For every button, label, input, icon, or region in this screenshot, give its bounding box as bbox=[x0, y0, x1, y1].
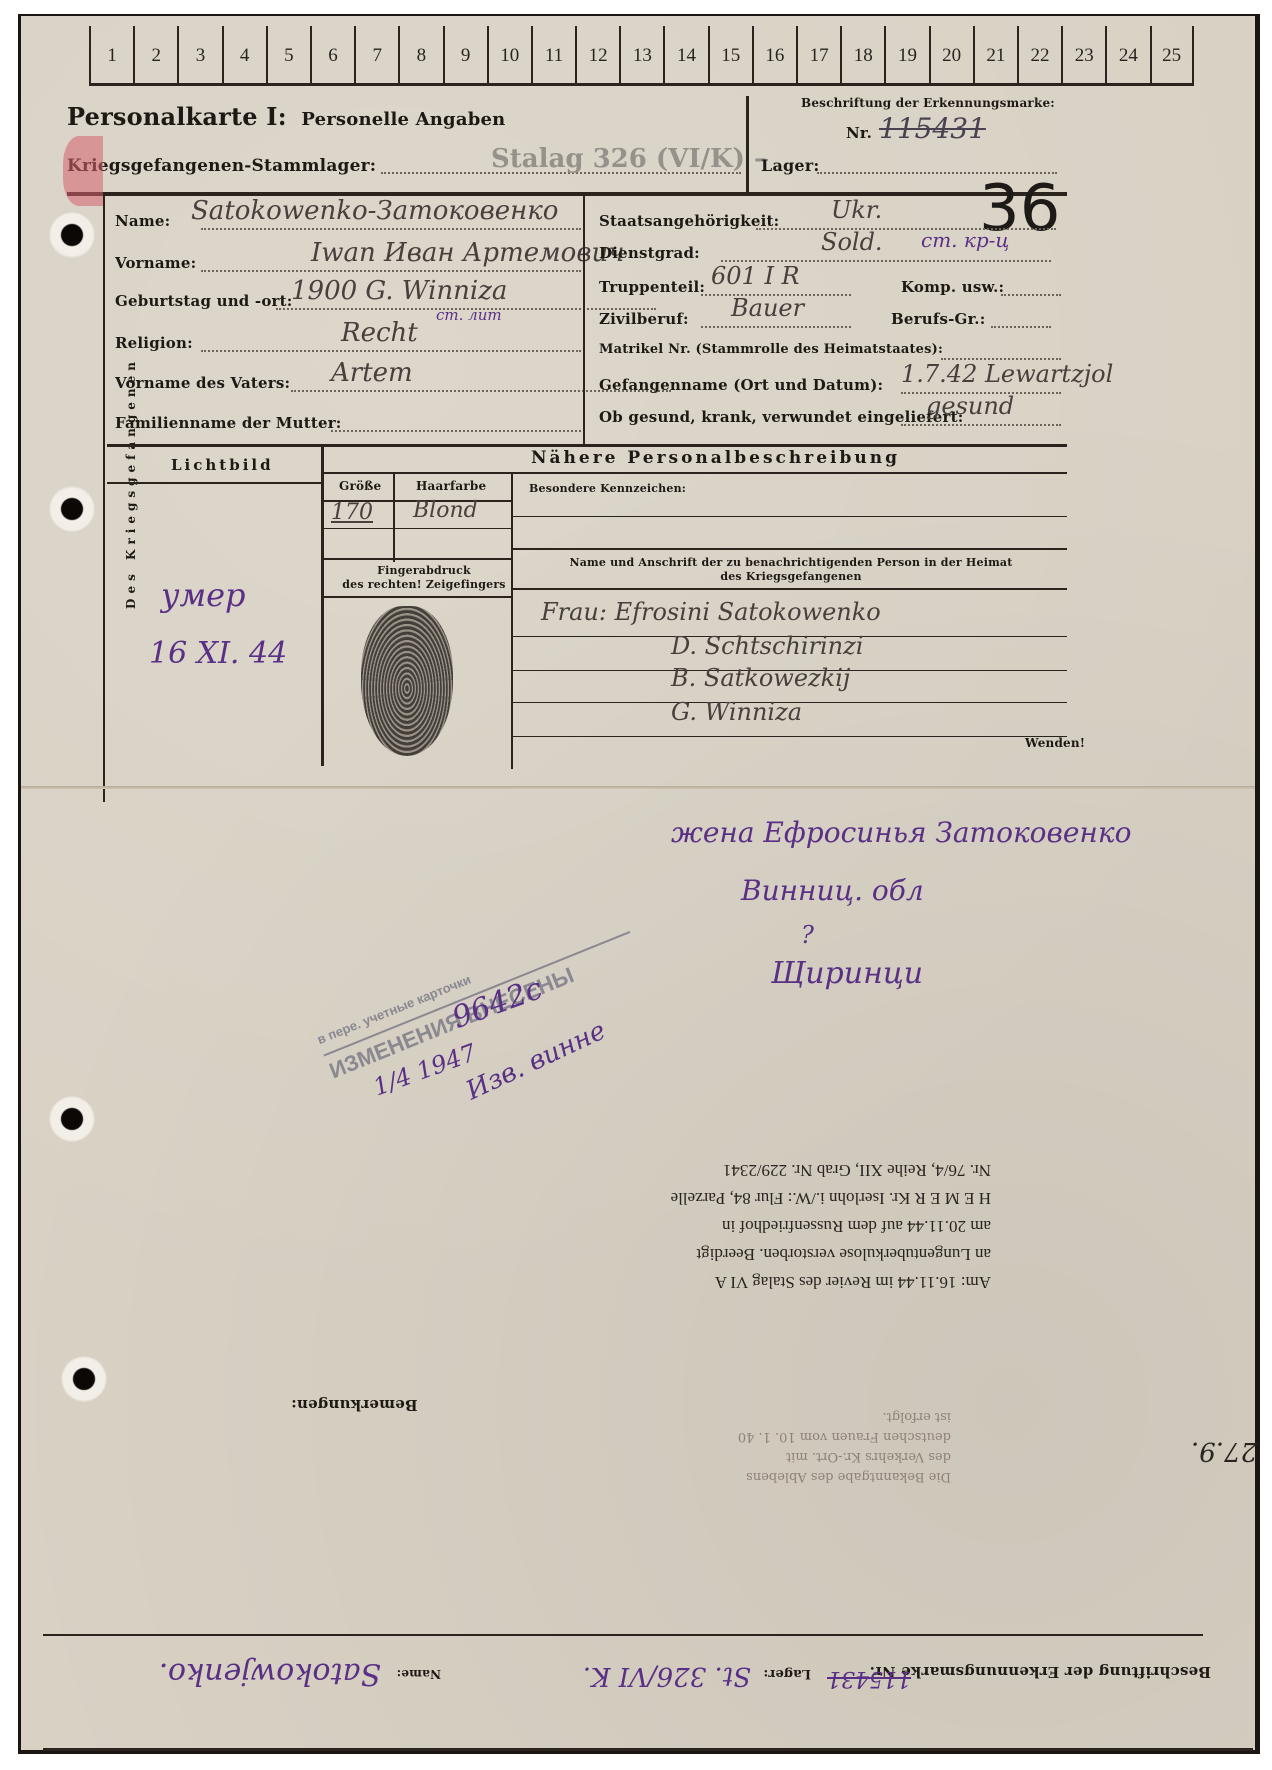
field-annotation: ст. кр-ц bbox=[921, 228, 1009, 252]
registration-stamp: в пере. учетные карточки ИЗМЕНЕНИЯ ВНЕСЕ… bbox=[315, 910, 677, 1173]
camp-stamp: Stalag 326 (VI/K) – bbox=[491, 144, 767, 174]
wenden-label: Wenden! bbox=[1025, 736, 1085, 750]
ruler-cell: 9 bbox=[443, 26, 487, 86]
field-value: Artem bbox=[331, 358, 413, 388]
ruler-cell: 25 bbox=[1150, 26, 1194, 86]
punch-hole bbox=[49, 212, 95, 258]
height-value: 170 bbox=[331, 500, 373, 525]
field-value: 1.7.42 Lewartzjol bbox=[901, 360, 1113, 388]
death-record-block: Am: 16.11.44 im Revier des Stalag VI Aan… bbox=[471, 1146, 991, 1296]
death-record-line: Nr. 76/4, Reihe XII, Grab Nr. 229/2341 bbox=[471, 1156, 991, 1184]
ruler-cell: 8 bbox=[398, 26, 442, 86]
margin-number: 27.9. bbox=[1191, 1436, 1257, 1466]
ruler-cell: 2 bbox=[133, 26, 177, 86]
contact-line: D. Schtschirinzi bbox=[671, 632, 863, 660]
field-label: Staatsangehörigkeit: bbox=[599, 212, 779, 230]
fingerprint-label: Fingerabdruck des rechten! Zeigefingers bbox=[339, 564, 509, 592]
ruler-cell: 17 bbox=[796, 26, 840, 86]
field-label: Gefangenname (Ort und Datum): bbox=[599, 376, 883, 394]
punch-hole bbox=[49, 486, 95, 532]
contact-line: Frau: Efrosini Satokowenko bbox=[541, 598, 881, 626]
russian-note-line: ? bbox=[801, 921, 814, 949]
field-value: Recht bbox=[341, 318, 418, 348]
ruler-cell: 14 bbox=[663, 26, 707, 86]
field-value: Bauer bbox=[731, 294, 804, 322]
field-value: gesund bbox=[926, 392, 1014, 420]
field-label: Geburtstag und -ort: bbox=[115, 292, 293, 310]
field-label: Vorname: bbox=[115, 254, 196, 272]
height-label: Größe bbox=[339, 479, 381, 493]
contact-label: Name und Anschrift der zu benachrichtige… bbox=[521, 556, 1061, 584]
red-stamp-mark bbox=[63, 136, 103, 206]
paper-fold bbox=[21, 786, 1255, 789]
field-value: Satokowenko-Затоковенко bbox=[191, 196, 558, 226]
contact-line: G. Winniza bbox=[671, 698, 802, 726]
nr-label: Nr. bbox=[846, 124, 872, 142]
field-label: Dienstgrad: bbox=[599, 244, 700, 262]
ruler-cell: 24 bbox=[1105, 26, 1149, 86]
ruler-cell: 3 bbox=[177, 26, 221, 86]
hair-label: Haarfarbe bbox=[416, 479, 486, 493]
russian-note-line: жена Ефросинья Затоковенко bbox=[671, 816, 1131, 849]
personnel-card: 1234567891011121314151617181920212223242… bbox=[18, 14, 1260, 1754]
card-title: Personalkarte I: Personelle Angaben bbox=[67, 102, 505, 131]
hair-value: Blond bbox=[413, 498, 478, 523]
ruler-cell: 11 bbox=[531, 26, 575, 86]
field-label: Zivilberuf: bbox=[599, 310, 689, 328]
russian-note-line: Винниц. обл bbox=[741, 874, 924, 907]
camp-label: Kriegsgefangenen-Stammlager: bbox=[67, 156, 376, 176]
russian-note-line: Щиринци bbox=[771, 956, 923, 991]
tag-label: Beschriftung der Erkennungsmarke: bbox=[801, 96, 1055, 110]
field-label: Berufs-Gr.: bbox=[891, 310, 985, 328]
marks-label: Besondere Kennzeichen: bbox=[529, 482, 686, 495]
punch-hole bbox=[49, 1096, 95, 1142]
fingerprint-image bbox=[361, 606, 453, 756]
remarks-line: Die Bekanntgabe des Ablebens bbox=[738, 1466, 951, 1486]
ruler-cell: 19 bbox=[884, 26, 928, 86]
field-value: Iwan Иван Артемович bbox=[311, 238, 624, 268]
ruler-cell: 22 bbox=[1017, 26, 1061, 86]
lager-label: Lager: bbox=[761, 156, 820, 175]
ruler-cell: 7 bbox=[354, 26, 398, 86]
field-label: Vorname des Vaters: bbox=[115, 374, 290, 392]
ruler-cell: 20 bbox=[929, 26, 973, 86]
field-value: Ukr. bbox=[831, 196, 882, 224]
field-label: Komp. usw.: bbox=[901, 278, 1004, 296]
tag-number: 115431 bbox=[879, 112, 986, 145]
death-record-line: an Lungentuberkulose verstorben. Beerdig… bbox=[471, 1240, 991, 1268]
bottom-tag-strip: Beschriftung der Erkennungsmarke Nr. 115… bbox=[51, 1641, 1211, 1691]
ruler-cell: 6 bbox=[310, 26, 354, 86]
ruler-cell: 13 bbox=[619, 26, 663, 86]
remarks-block: Bemerkungen: Die Bekanntgabe des Ableben… bbox=[291, 1396, 1071, 1486]
contact-line: B. Satkowezkij bbox=[671, 664, 850, 692]
photo-label: Lichtbild bbox=[171, 456, 274, 474]
remarks-line: deutschen Frauen vom 10. 1. 40 bbox=[738, 1426, 951, 1446]
field-value: 1900 G. Winniza bbox=[291, 276, 507, 306]
field-label: Matrikel Nr. (Stammrolle des Heimatstaat… bbox=[599, 342, 943, 357]
field-label: Name: bbox=[115, 212, 170, 230]
death-record-line: H E M E R Kr. Iserlohn i./W.: Flur 84, P… bbox=[471, 1184, 991, 1212]
field-label: Truppenteil: bbox=[599, 278, 705, 296]
field-annotation: ст. лит bbox=[436, 306, 502, 324]
field-label: Familienname der Mutter: bbox=[115, 414, 342, 432]
death-note-word: умер bbox=[161, 576, 246, 614]
field-value: 601 I R bbox=[711, 262, 800, 290]
death-note-date: 16 XI. 44 bbox=[149, 636, 287, 671]
ruler-cell: 23 bbox=[1061, 26, 1105, 86]
ruler-cell: 12 bbox=[575, 26, 619, 86]
number-ruler: 1234567891011121314151617181920212223242… bbox=[89, 26, 1194, 86]
ruler-cell: 16 bbox=[752, 26, 796, 86]
death-record-line: Am: 16.11.44 im Revier des Stalag VI A bbox=[471, 1268, 991, 1296]
section-title: Nähere Personalbeschreibung bbox=[531, 448, 900, 468]
remarks-line: des Verkehrs Kr.-Ort. mit bbox=[738, 1446, 951, 1466]
ruler-cell: 4 bbox=[222, 26, 266, 86]
punch-hole bbox=[61, 1356, 107, 1402]
ruler-cell: 21 bbox=[973, 26, 1017, 86]
ruler-cell: 5 bbox=[266, 26, 310, 86]
ruler-cell: 1 bbox=[89, 26, 133, 86]
ruler-cell: 15 bbox=[708, 26, 752, 86]
death-record-line: am 20.11.44 auf dem Russenfriedhof in bbox=[471, 1212, 991, 1240]
remarks-line: ist erfolgt. bbox=[738, 1406, 951, 1426]
ruler-cell: 18 bbox=[840, 26, 884, 86]
field-label: Religion: bbox=[115, 334, 193, 352]
field-value: Sold. bbox=[821, 228, 883, 256]
ruler-cell: 10 bbox=[487, 26, 531, 86]
